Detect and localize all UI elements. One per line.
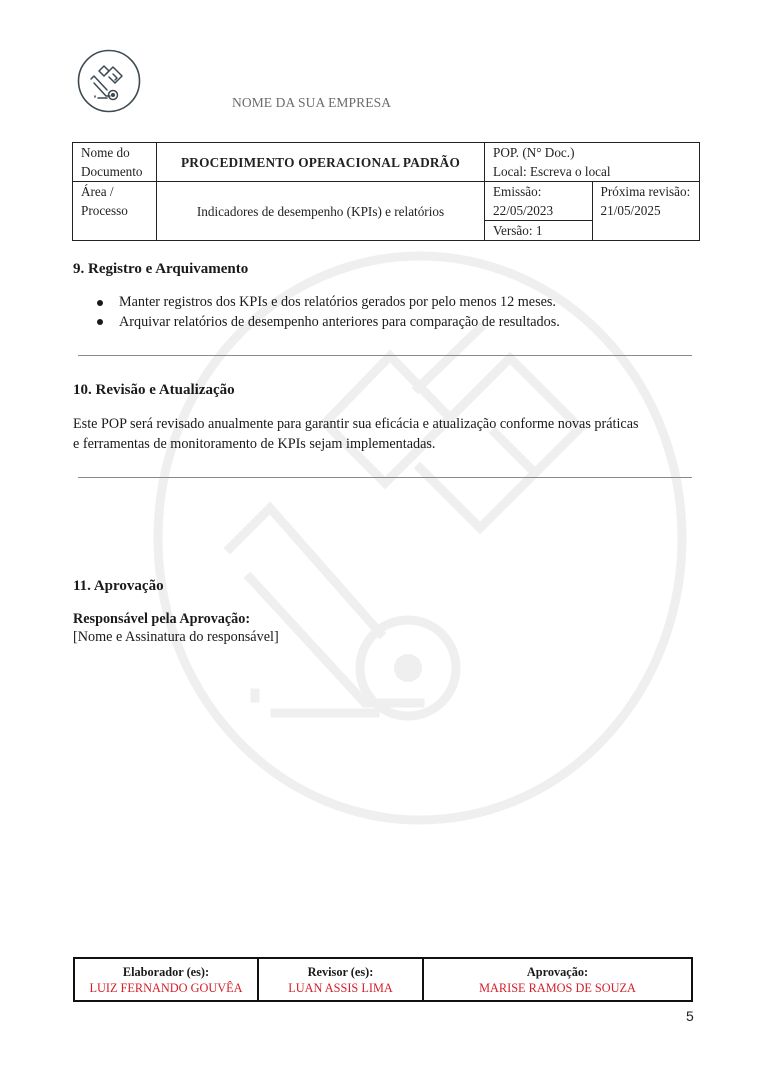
section-11-title: 11. Aprovação [73,578,164,595]
list-item-text: Arquivar relatórios de desempenho anteri… [119,314,560,330]
divider [78,477,692,478]
section-10-paragraph: Este POP será revisado anualmente para g… [73,415,703,454]
pop-local-cell: POP. (N° Doc.) Local: Escreva o local [485,143,700,182]
document-title-cell: PROCEDIMENTO OPERACIONAL PADRÃO [157,143,485,182]
area-label: Área / Processo [73,182,157,241]
author-name: LUIZ FERNANDO GOUVÊA [75,980,257,996]
approver-label: Responsável pela Aprovação: [73,611,250,628]
signature-table: Elaborador (es): LUIZ FERNANDO GOUVÊA Re… [73,957,693,1002]
local-text: Local: Escreva o local [493,164,611,179]
document-info-table: Nome do Documento PROCEDIMENTO OPERACION… [72,142,700,241]
approver-cell: Aprovação: MARISE RAMOS DE SOUZA [423,958,692,1001]
approval-label: Aprovação: [424,964,691,980]
emission-label: Emissão: [493,184,541,199]
paragraph-line-2: e ferramentas de monitoramento de KPIs s… [73,436,435,452]
document-name-label-line1: Nome do [81,145,130,160]
area-value-cell: Indicadores de desempenho (KPIs) e relat… [157,182,485,241]
version-text: Versão: 1 [493,223,542,238]
page-number: 5 [686,1008,694,1024]
document-name-label: Nome do Documento [73,143,157,182]
emission-date: 22/05/2023 [493,203,553,218]
list-item: Arquivar relatórios de desempenho anteri… [96,313,560,333]
author-label: Elaborador (es): [75,964,257,980]
section-9-title: 9. Registro e Arquivamento [73,261,248,278]
next-revision-date: 21/05/2025 [601,203,661,218]
approver-value: [Nome e Assinatura do responsável] [73,629,279,646]
next-revision-label: Próxima revisão: [601,184,691,199]
document-name-label-line2: Documento [81,164,143,179]
document-title: PROCEDIMENTO OPERACIONAL PADRÃO [181,155,460,170]
emission-cell: Emissão: 22/05/2023 [485,182,593,221]
paragraph-line-1: Este POP será revisado anualmente para g… [73,416,639,432]
approval-name: MARISE RAMOS DE SOUZA [424,980,691,996]
area-value: Indicadores de desempenho (KPIs) e relat… [197,204,444,219]
bullet-icon [97,300,103,306]
reviewer-cell: Revisor (es): LUAN ASSIS LIMA [258,958,423,1001]
section-10-title: 10. Revisão e Atualização [73,382,235,399]
pop-number: POP. (N° Doc.) [493,145,574,160]
list-item-text: Manter registros dos KPIs e dos relatóri… [119,294,556,310]
area-label-line2: Processo [81,203,128,218]
next-revision-cell: Próxima revisão: 21/05/2025 [592,182,700,241]
list-item: Manter registros dos KPIs e dos relatóri… [96,293,560,313]
version-cell: Versão: 1 [485,221,593,241]
bullet-icon [97,319,103,325]
reviewer-name: LUAN ASSIS LIMA [259,980,422,996]
hand-truck-watermark-icon [150,248,690,828]
company-name: NOME DA SUA EMPRESA [232,95,391,111]
section-9-bullet-list: Manter registros dos KPIs e dos relatóri… [96,293,560,332]
hand-truck-boxes-icon [77,49,141,113]
area-label-line1: Área / [81,184,114,199]
author-cell: Elaborador (es): LUIZ FERNANDO GOUVÊA [74,958,258,1001]
reviewer-label: Revisor (es): [259,964,422,980]
divider [78,355,692,356]
